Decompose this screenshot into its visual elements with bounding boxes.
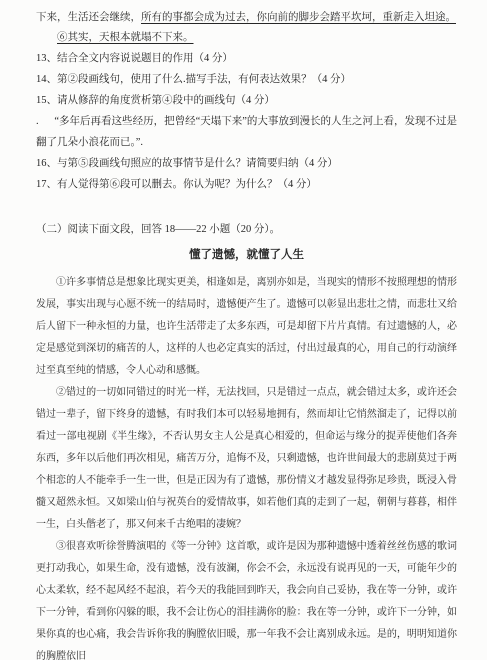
question-14: 14、第②段画线句，使用了什么.描写手法，有何表达效果？（4 分） xyxy=(36,69,457,90)
continuation-line-1: 下来，生活还会继续，所有的事都会成为过去，你向前的脚步会踏平坎坷，重新走入坦途。 xyxy=(36,8,457,28)
quote-prefix-dot: . xyxy=(36,116,39,127)
section-heading: （二）阅读下面文段，回答 18——22 小题（20 分）。 xyxy=(36,219,457,240)
passage-paragraph-1: ①许多事情总是想象比现实更美，相逢如是，离别亦如是，当现实的情形不按照理想的情形… xyxy=(36,272,457,382)
continuation-text: 下来，生活还会继续， xyxy=(36,12,141,23)
underlined-sentence-2: ⑥其实，天根本就塌不下来。 xyxy=(57,32,194,43)
passage-title: 懂了遗憾，就懂了人生 xyxy=(36,246,457,264)
question-15: 15、请从修辞的角度赏析第④段中的画线句（4 分） xyxy=(36,90,457,111)
quoted-sentence: .“多年后再看这些经历，把曾经“天塌下来”的大事放到漫长的人生之河上看，发现不过… xyxy=(36,111,457,153)
passage-paragraph-2: ②错过的一切如同错过的时光一样，无法找回，只是错过一点点，就会错过太多，或许还会… xyxy=(36,382,457,536)
question-17: 17、有人觉得第⑥段可以删去。你认为呢？为什么？（4 分） xyxy=(36,174,457,195)
passage-paragraph-3: ③很喜欢听徐誉腾演唱的《等一分钟》这首歌，或许是因为那种遗憾中透着丝丝伤感的歌词… xyxy=(36,536,457,660)
document-page: 下来，生活还会继续，所有的事都会成为过去，你向前的脚步会踏平坎坷，重新走入坦途。… xyxy=(0,0,487,660)
underlined-sentence-1: 所有的事都会成为过去，你向前的脚步会踏平坎坷，重新走入坦途。 xyxy=(141,12,456,23)
question-13: 13、结合全文内容说说题目的作用（4 分） xyxy=(36,48,457,69)
reading-section-2: （二）阅读下面文段，回答 18——22 小题（20 分）。 懂了遗憾，就懂了人生… xyxy=(36,219,457,660)
continuation-line-2: ⑥其实，天根本就塌不下来。 xyxy=(36,28,457,48)
question-16: 16、与第⑤段画线句照应的故事情节是什么？请简要归纳（4 分） xyxy=(36,153,457,174)
quote-text: “多年后再看这些经历，把曾经“天塌下来”的大事放到漫长的人生之河上看，发现不过是… xyxy=(36,116,457,148)
